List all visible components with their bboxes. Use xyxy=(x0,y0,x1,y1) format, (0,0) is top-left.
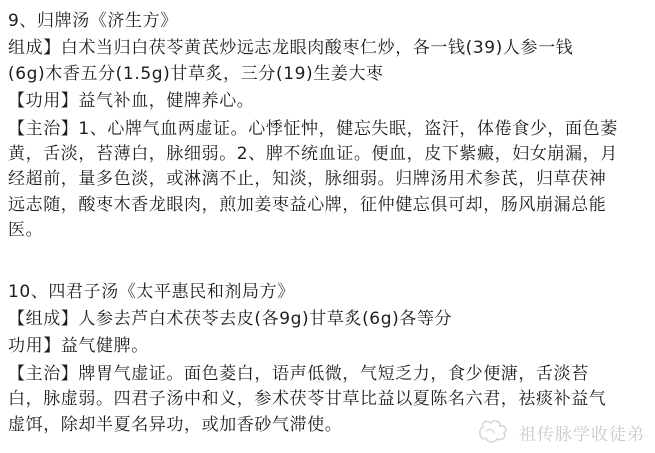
scribble-logo-icon xyxy=(476,417,514,447)
section-9-function: 【功用】益气补血，健牌养心。 xyxy=(8,89,651,114)
section-10-title: 10、四君子汤《太平惠民和剂局方》 xyxy=(8,280,651,305)
watermark: 祖传脉学收徒弟 xyxy=(476,417,645,447)
section-10-function: 功用】益气健脾。 xyxy=(8,334,651,359)
watermark-text: 祖传脉学收徒弟 xyxy=(519,420,645,445)
section-10-composition: 【组成】人参去芦白术茯苓去皮(各9g)甘草炙(6g)各等分 xyxy=(8,307,651,332)
document-page: 9、归牌汤《济生方》 组成】白术当归白茯苓黄芪炒远志龙眼肉酸枣仁炒，各一钱(39… xyxy=(0,0,655,453)
section-9-title: 9、归牌汤《济生方》 xyxy=(8,9,651,34)
section-guipi-decoction: 9、归牌汤《济生方》 组成】白术当归白茯苓黄芪炒远志龙眼肉酸枣仁炒，各一钱(39… xyxy=(8,9,651,244)
section-9-indications: 【主治】1、心牌气血两虚证。心悸怔忡，健忘失眠，盗汗，体倦食少，面色萎 黄，舌淡… xyxy=(8,117,651,244)
section-sijunzi-decoction: 10、四君子汤《太平惠民和剂局方》 【组成】人参去芦白术茯苓去皮(各9g)甘草炙… xyxy=(8,280,651,438)
section-9-composition: 组成】白术当归白茯苓黄芪炒远志龙眼肉酸枣仁炒，各一钱(39)人参一钱 (6g)木… xyxy=(8,36,651,87)
